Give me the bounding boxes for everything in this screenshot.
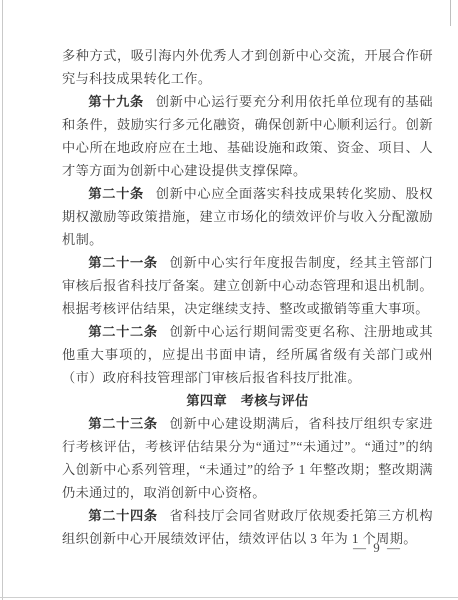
article-number: 第二十条	[88, 186, 144, 201]
page-number: — 9 —	[353, 540, 402, 556]
paragraph: 第十九条创新中心运行要充分利用依托单位现有的基础和条件，鼓励实行多元化融资，确保…	[62, 90, 433, 182]
article-number: 第十九条	[88, 94, 144, 109]
article-number: 第二十四条	[88, 508, 157, 523]
article-number: 第二十一条	[88, 255, 157, 270]
scanned-document-page: 多种方式，吸引海内外优秀人才到创新中心交流，开展合作研究与科技成果转化工作。第十…	[0, 0, 458, 600]
paragraph-text: 第四章 考核与评估	[186, 393, 308, 408]
article-number: 第二十三条	[88, 416, 157, 431]
scan-edge-bottom	[0, 597, 458, 598]
document-body: 多种方式，吸引海内外优秀人才到创新中心交流，开展合作研究与科技成果转化工作。第十…	[62, 44, 433, 550]
paragraph: 第二十条创新中心应全面落实科技成果转化奖励、股权期权激励等政策措施，建立市场化的…	[62, 182, 433, 251]
paragraph: 多种方式，吸引海内外优秀人才到创新中心交流，开展合作研究与科技成果转化工作。	[62, 44, 433, 90]
paragraph-text: 多种方式，吸引海内外优秀人才到创新中心交流，开展合作研究与科技成果转化工作。	[62, 48, 433, 86]
article-number: 第二十二条	[88, 324, 157, 339]
paragraph: 第二十一条创新中心实行年度报告制度，经其主管部门审核后报省科技厅备案。建立创新中…	[62, 251, 433, 320]
paragraph: 第二十三条创新中心建设期满后，省科技厅组织专家进行考核评估，考核评估结果分为“通…	[62, 412, 433, 504]
chapter-heading: 第四章 考核与评估	[62, 389, 433, 412]
paragraph: 第二十二条创新中心运行期间需变更名称、注册地或其他重大事项的，应提出书面申请，经…	[62, 320, 433, 389]
scan-edge-top-right	[450, 0, 451, 26]
scan-edge-left	[2, 0, 3, 600]
